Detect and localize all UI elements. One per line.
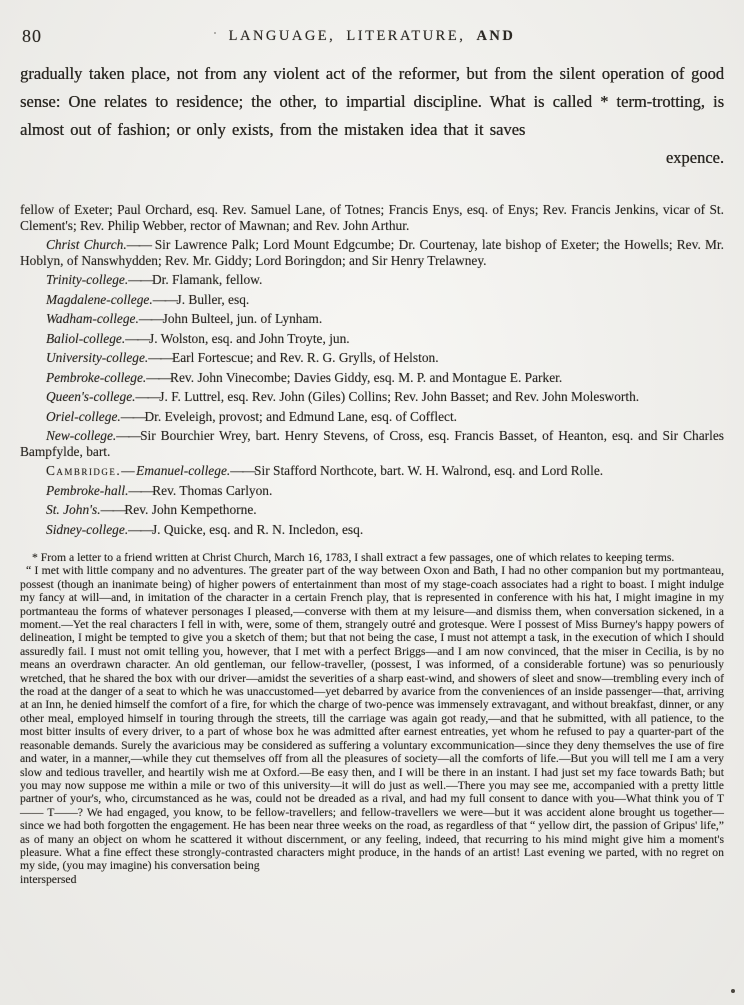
book-page: 80 LANGUAGE, LITERATURE, AND gradually t… <box>0 0 744 1005</box>
ink-speck <box>392 852 394 854</box>
separator-dash: —— <box>128 522 152 537</box>
catchword: interspersed <box>20 873 724 886</box>
footnote-intro-text: From a letter to a friend written at Chr… <box>41 551 675 564</box>
college-name: Queen's-college. <box>46 389 136 404</box>
college-entry-cambridge-emanuel: Cambridge.—Emanuel-college.——Sir Staffor… <box>20 463 724 479</box>
running-title-text: LANGUAGE, LITERATURE, <box>229 28 466 44</box>
separator-dash: —— <box>148 350 172 365</box>
college-members: Rev. John Vinecombe; Davies Giddy, esq. … <box>170 370 562 385</box>
college-members: John Bulteel, jun. of Lynham. <box>163 311 323 326</box>
separator-dash: —— <box>127 237 151 252</box>
college-entry-baliol: Baliol-college.——J. Wolston, esq. and Jo… <box>20 331 724 347</box>
college-name: New-college. <box>46 428 116 443</box>
separator-dash: —— <box>101 502 125 517</box>
footnote-section: * From a letter to a friend written at C… <box>20 551 724 886</box>
college-list: fellow of Exeter; Paul Orchard, esq. Rev… <box>20 202 724 537</box>
college-entry-oriel: Oriel-college.——Dr. Eveleigh, provost; a… <box>20 409 724 425</box>
college-members: Dr. Flamank, fellow. <box>152 272 262 287</box>
college-members: Rev. Thomas Carlyon. <box>152 483 272 498</box>
lead-last-word: expence. <box>20 144 724 172</box>
ink-speck <box>517 692 519 695</box>
college-members: J. Buller, esq. <box>177 292 250 307</box>
college-members: Earl Fortescue; and Rev. R. G. Grylls, o… <box>172 350 439 365</box>
college-name: Magdalene-college. <box>46 292 153 307</box>
ink-speck <box>214 32 216 34</box>
college-entry-pembroke-hall: Pembroke-hall.——Rev. Thomas Carlyon. <box>20 483 724 499</box>
footnote-marker: * <box>32 551 38 564</box>
separator-dash: —— <box>153 292 177 307</box>
footnote-intro: * From a letter to a friend written at C… <box>20 551 724 564</box>
college-members: J. Wolston, esq. and John Troyte, jun. <box>149 331 350 346</box>
college-entry-christ-church: Christ Church.—— Sir Lawrence Palk; Lord… <box>20 237 724 268</box>
college-name: University-college. <box>46 350 148 365</box>
college-name: Christ Church. <box>46 237 127 252</box>
separator-dash: —— <box>125 331 149 346</box>
college-members: Rev. John Kempethorne. <box>124 502 256 517</box>
college-name: Pembroke-college. <box>46 370 146 385</box>
college-entry-queens: Queen's-college.——J. F. Luttrel, esq. Re… <box>20 389 724 405</box>
college-members: J. F. Luttrel, esq. Rev. John (Giles) Co… <box>159 389 639 404</box>
college-name: Trinity-college. <box>46 272 128 287</box>
college-name: St. John's. <box>46 502 101 517</box>
page-header: 80 LANGUAGE, LITERATURE, AND <box>20 24 724 50</box>
college-entry-wadham: Wadham-college.——John Bulteel, jun. of L… <box>20 311 724 327</box>
separator-dash: —— <box>136 389 160 404</box>
college-entry-university: University-college.——Earl Fortescue; and… <box>20 350 724 366</box>
separator-dash: —— <box>230 463 254 478</box>
cambridge-prefix: Cambridge.— <box>46 463 136 478</box>
ink-speck <box>731 989 735 993</box>
college-members: Sir Stafford Northcote, bart. W. H. Walr… <box>254 463 603 478</box>
separator-dash: —— <box>116 428 140 443</box>
college-members: Dr. Eveleigh, provost; and Edmund Lane, … <box>145 409 458 424</box>
college-entry-sidney: Sidney-college.——J. Quicke, esq. and R. … <box>20 522 724 538</box>
separator-dash: —— <box>128 483 152 498</box>
college-entry-new: New-college.——Sir Bourchier Wrey, bart. … <box>20 428 724 459</box>
college-members: J. Quicke, esq. and R. N. Incledon, esq. <box>152 522 363 537</box>
college-name: Wadham-college. <box>46 311 139 326</box>
college-name: Emanuel-college. <box>136 463 230 478</box>
separator-dash: —— <box>139 311 163 326</box>
college-entry-trinity: Trinity-college.——Dr. Flamank, fellow. <box>20 272 724 288</box>
separator-dash: —— <box>128 272 152 287</box>
running-title-and: AND <box>476 28 515 44</box>
college-entry-magdalene: Magdalene-college.——J. Buller, esq. <box>20 292 724 308</box>
college-entry-pembroke: Pembroke-college.——Rev. John Vinecombe; … <box>20 370 724 386</box>
college-name: Oriel-college. <box>46 409 121 424</box>
lead-paragraph: gradually taken place, not from any viol… <box>20 60 724 144</box>
running-title: LANGUAGE, LITERATURE, AND <box>20 28 724 45</box>
list-continuation-paragraph: fellow of Exeter; Paul Orchard, esq. Rev… <box>20 202 724 233</box>
college-name: Pembroke-hall. <box>46 483 128 498</box>
footnote-body: “ I met with little company and no adven… <box>20 564 724 872</box>
separator-dash: —— <box>121 409 145 424</box>
college-name: Sidney-college. <box>46 522 128 537</box>
separator-dash: —— <box>146 370 170 385</box>
college-entry-st-johns: St. John's.——Rev. John Kempethorne. <box>20 502 724 518</box>
college-name: Baliol-college. <box>46 331 125 346</box>
